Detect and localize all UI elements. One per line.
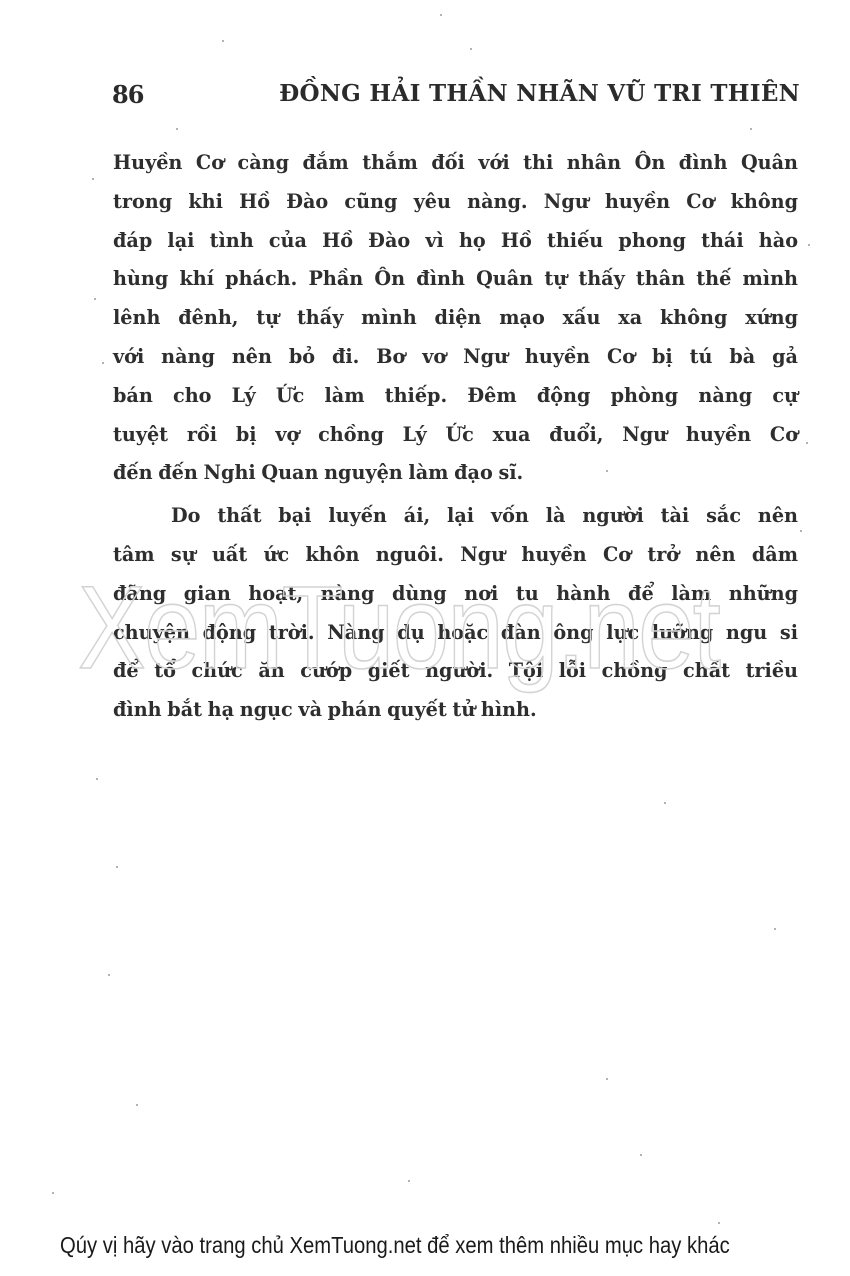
text-line: tâm sự uất ức khôn nguôi. Ngư huyền Cơ t…	[113, 536, 798, 575]
scan-speck	[96, 778, 98, 780]
text-line: để tổ chức ăn cướp giết người. Tội lỗi c…	[113, 652, 798, 691]
text-line: bán cho Lý Ức làm thiếp. Đêm động phòng …	[113, 377, 798, 416]
scan-speck	[774, 928, 776, 930]
text-line: lênh đênh, tự thấy mình diện mạo xấu xa …	[113, 299, 798, 338]
scanned-book-page: 86 ĐỒNG HẢI THẦN NHÃN VŨ TRI THIÊN Huyền…	[0, 0, 850, 1276]
scan-speck	[102, 362, 104, 364]
text-line: với nàng nên bỏ đi. Bơ vơ Ngư huyền Cơ b…	[113, 338, 798, 377]
scan-speck	[222, 40, 224, 42]
scan-speck	[808, 244, 810, 246]
scan-speck	[664, 802, 666, 804]
body-text: Huyền Cơ càng đắm thắm đối với thi nhân …	[113, 144, 798, 730]
running-title: ĐỒNG HẢI THẦN NHÃN VŨ TRI THIÊN	[279, 80, 800, 107]
text-line: trong khi Hồ Đào cũng yêu nàng. Ngư huyề…	[113, 183, 798, 222]
scan-speck	[176, 128, 178, 130]
page-header: 86 ĐỒNG HẢI THẦN NHÃN VŨ TRI THIÊN	[112, 80, 800, 114]
text-line: đãng gian hoạt, nàng dùng nơi tu hành để…	[113, 575, 798, 614]
text-line: hùng khí phách. Phần Ôn đình Quân tự thấ…	[113, 260, 798, 299]
scan-speck	[800, 530, 802, 532]
scan-speck	[94, 298, 96, 300]
scan-speck	[408, 1180, 410, 1182]
scan-speck	[52, 1192, 54, 1194]
page-number: 86	[112, 80, 143, 109]
text-line: tuyệt rồi bị vợ chồng Lý Ức xua đuổi, Ng…	[113, 416, 798, 455]
scan-speck	[606, 1078, 608, 1080]
paragraph: Do thất bại luyến ái, lại vốn là người t…	[113, 497, 798, 730]
text-line: chuyện động trời. Nàng dụ hoặc đàn ông l…	[113, 614, 798, 653]
text-line: đến đến Nghi Quan nguyện làm đạo sĩ.	[113, 454, 798, 493]
text-line: đình bắt hạ ngục và phán quyết tử hình.	[113, 691, 798, 730]
text-line: Do thất bại luyến ái, lại vốn là người t…	[113, 497, 798, 536]
scan-speck	[470, 48, 472, 50]
scan-speck	[440, 14, 442, 16]
scan-speck	[108, 974, 110, 976]
paragraph: Huyền Cơ càng đắm thắm đối với thi nhân …	[113, 144, 798, 493]
text-line: Huyền Cơ càng đắm thắm đối với thi nhân …	[113, 144, 798, 183]
scan-speck	[116, 866, 118, 868]
scan-speck	[136, 1104, 138, 1106]
scan-speck	[750, 128, 752, 130]
scan-speck	[718, 1222, 720, 1224]
text-line: đáp lại tình của Hồ Đào vì họ Hồ thiếu p…	[113, 222, 798, 261]
scan-speck	[806, 442, 808, 444]
scan-speck	[92, 178, 94, 180]
scan-speck	[640, 1154, 642, 1156]
footer-promo-text: Qúy vị hãy vào trang chủ XemTuong.net để…	[60, 1232, 711, 1259]
